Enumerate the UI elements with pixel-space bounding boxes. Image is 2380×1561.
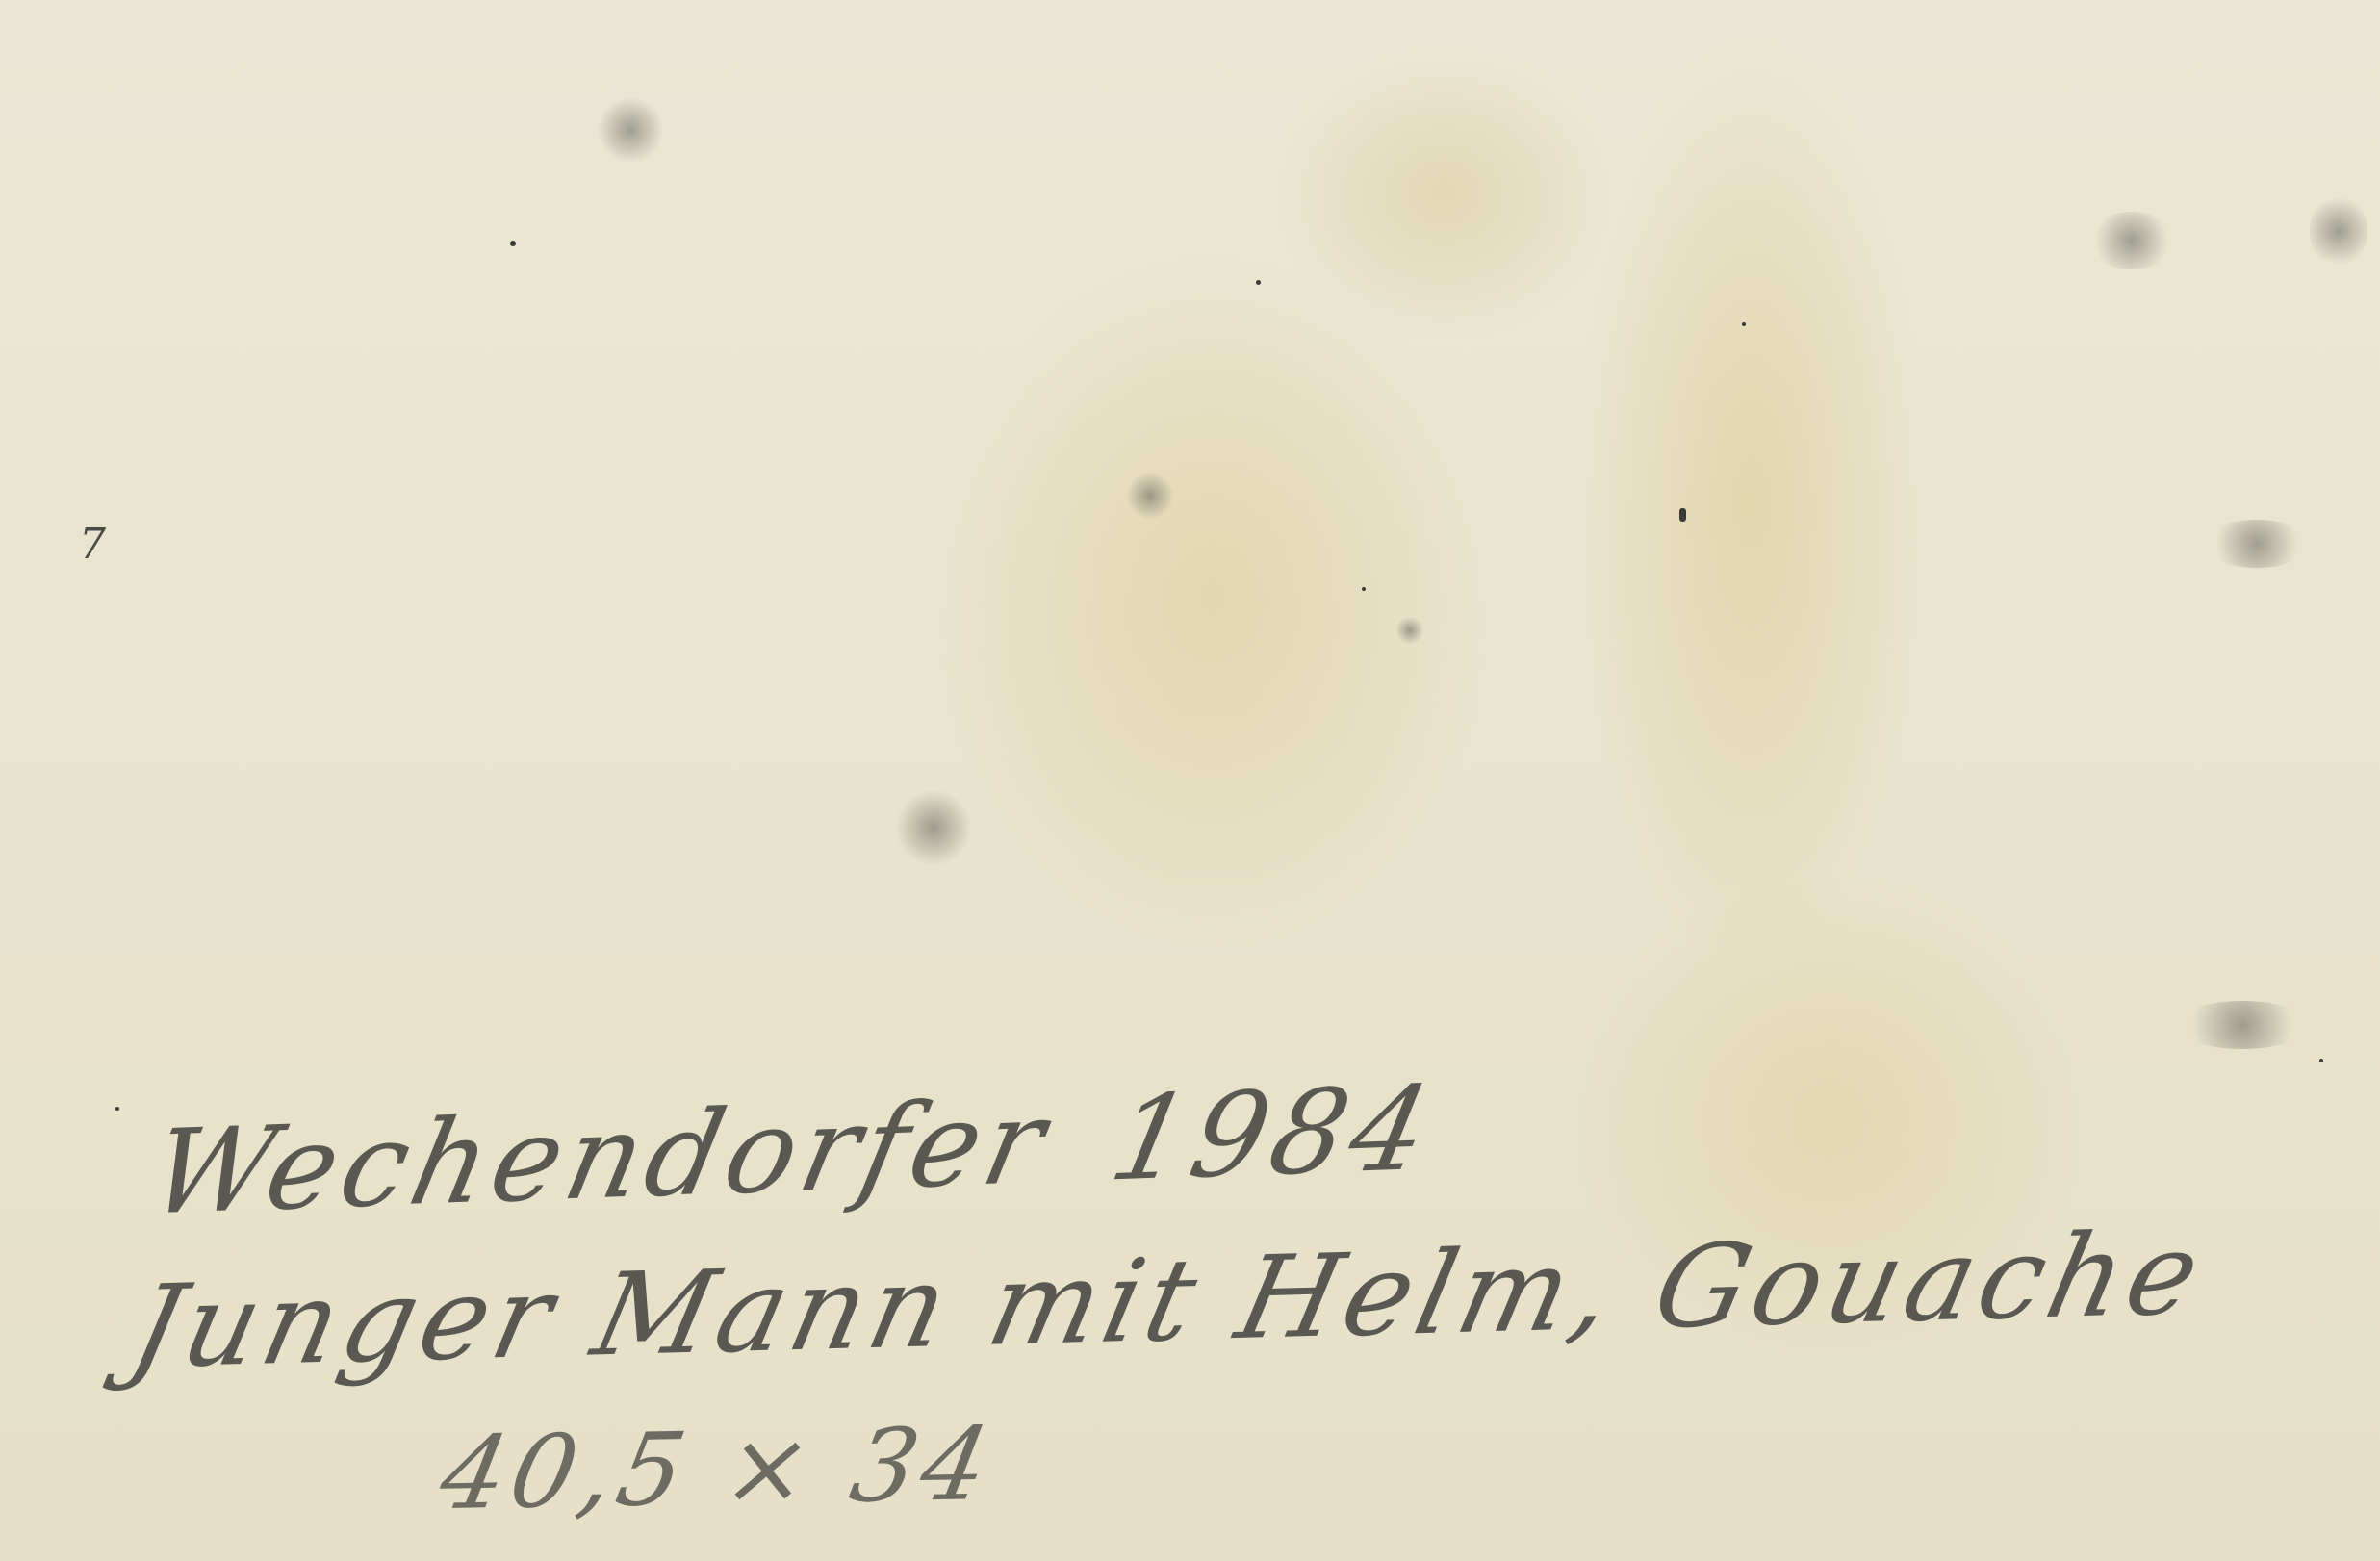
pencil-smudge	[895, 789, 972, 866]
speck	[115, 1107, 119, 1111]
speck	[1362, 587, 1366, 591]
speck	[510, 241, 516, 246]
inscription-dimensions: 40,5 × 34	[431, 1405, 1004, 1532]
speck	[2319, 1059, 2323, 1062]
pencil-smudge	[2088, 212, 2175, 269]
speck	[1679, 508, 1686, 522]
margin-mark: 7	[79, 520, 106, 569]
pencil-smudge	[1395, 616, 1424, 645]
medium: Gouache	[1643, 1206, 2216, 1354]
pencil-smudge	[2204, 520, 2310, 568]
pencil-smudge	[2175, 1001, 2310, 1049]
speck	[1256, 280, 1261, 285]
pencil-smudge	[1126, 472, 1174, 520]
pencil-smudge	[597, 96, 664, 164]
speck	[1742, 322, 1746, 326]
pencil-smudge	[2310, 192, 2367, 269]
year: 1984	[1100, 1062, 1446, 1208]
